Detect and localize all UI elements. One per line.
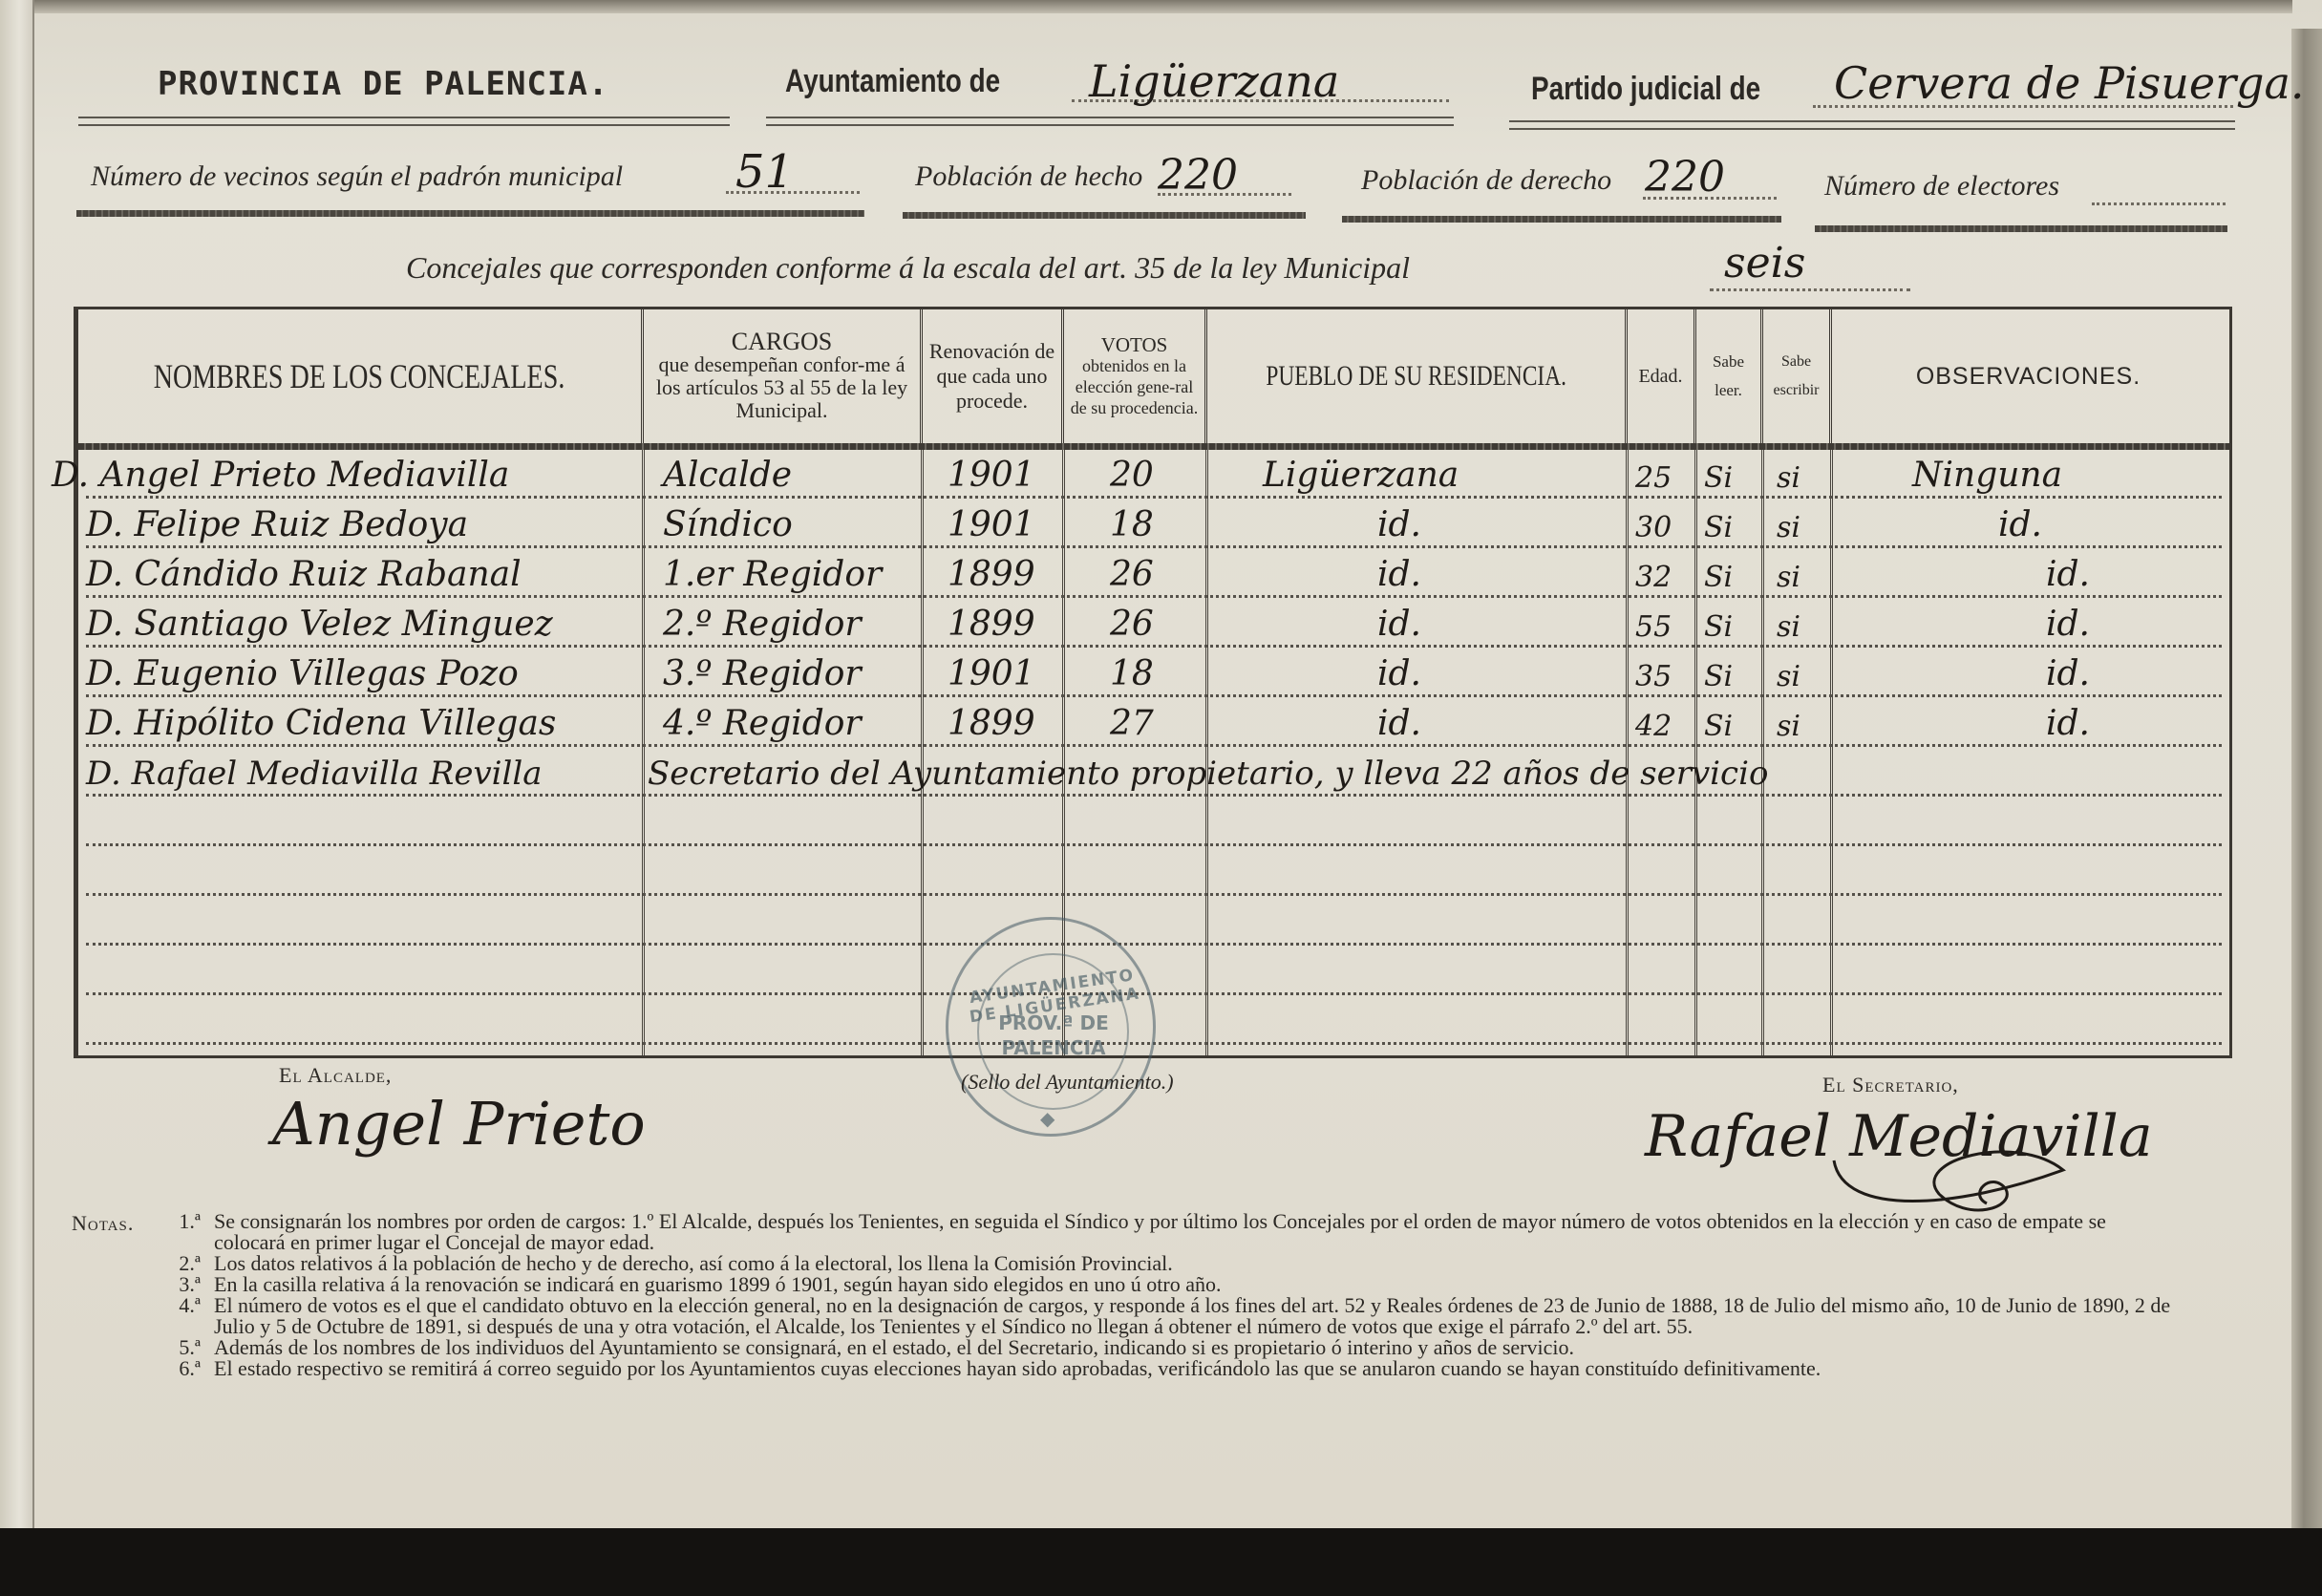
concejales-value: seis [1724,239,1805,287]
vecinos-value: 51 [735,145,794,199]
col-header-sabe-escribir: Sabe escribir [1763,309,1832,443]
electores-label: Número de electores [1824,170,2059,202]
provincia-title: PROVINCIA DE PALENCIA. [158,65,608,103]
table-row: D. Felipe Ruiz Bedoya Síndico 1901 18 id… [78,502,2229,552]
concejales-table: NOMBRES DE LOS CONCEJALES. CARGOS que de… [74,307,2232,1058]
col-header-sabe-leer: Sabe leer. [1696,309,1763,443]
book-spine [0,0,34,1528]
sello-label: (Sello del Ayuntamiento.) [961,1070,1174,1095]
note-item: 4.ª El número de votos es el que el cand… [162,1295,2249,1337]
table-row-secretario: D. Rafael Mediavilla Revilla Secretario … [78,751,2229,800]
notes-list: 1.ª Se consignarán los nombres por orden… [72,1211,2249,1379]
table-row-empty [78,949,2229,999]
derecho-label: Población de derecho [1361,164,1611,197]
table-row: D. Hipólito Cidena Villegas 4.º Regidor … [78,701,2229,751]
divider [766,117,1454,126]
table-row: D. Eugenio Villegas Pozo 3.º Regidor 190… [78,651,2229,701]
table-row-empty [78,800,2229,850]
divider [1342,216,1781,223]
table-row: D. Angel Prieto Mediavilla Alcalde 1901 … [78,453,2229,502]
book-right-edge [2291,29,2322,1557]
secretario-label: El Secretario, [1822,1073,1959,1097]
table-row-empty [78,900,2229,949]
diamond-ornament-icon: ◆ [1040,1107,1054,1130]
col-header-renovacion: Renovación de que cada uno procede. [923,309,1064,443]
col-header-observaciones: OBSERVACIONES. [1832,309,2225,443]
divider [76,210,864,217]
table-row: D. Santiago Velez Minguez 2.º Regidor 18… [78,602,2229,651]
note-item: 2.ª Los datos relativos á la población d… [162,1253,2249,1274]
col-header-votos: VOTOS obtenidos en la elección gene-ral … [1064,309,1207,443]
col-header-edad: Edad. [1628,309,1696,443]
alcalde-signature: Angel Prieto [272,1089,646,1159]
book-top-edge [29,0,2292,13]
ayuntamiento-value: Ligüerzana [1089,55,1339,107]
note-item: 5.ª Además de los nombres de los individ… [162,1337,2249,1358]
ayuntamiento-label: Ayuntamiento de [785,63,1000,100]
col-header-nombres: NOMBRES DE LOS CONCEJALES. [78,309,644,443]
divider [78,117,730,126]
note-item: 3.ª En la casilla relativa á la renovaci… [162,1274,2249,1295]
divider [1815,225,2227,232]
table-row-empty [78,850,2229,900]
alcalde-label: El Alcalde, [279,1063,392,1088]
municipal-seal-stamp: AYUNTAMIENTO DE LIGÜERZANA PROV.ª DE PAL… [946,917,1156,1137]
divider [903,212,1306,219]
electores-field-line [2092,201,2226,205]
hecho-label: Población de hecho [915,160,1142,193]
col-header-cargos: CARGOS que desempeñan confor-me á los ar… [644,309,923,443]
vecinos-label: Número de vecinos según el padrón munici… [91,160,623,193]
concejales-label: Concejales que corresponden conforme á l… [406,250,1410,286]
note-item: 1.ª Se consignarán los nombres por orden… [162,1211,2249,1253]
note-item: 6.ª El estado respectivo se remitirá á c… [162,1358,2249,1379]
document-page: PROVINCIA DE PALENCIA. Ayuntamiento de L… [0,0,2322,1596]
partido-label: Partido judicial de [1531,71,1760,108]
hecho-value: 220 [1158,151,1238,200]
header-rule [78,443,2229,450]
col-header-pueblo: PUEBLO DE SU RESIDENCIA. [1207,309,1628,443]
scan-shadow [0,1528,2322,1596]
divider [1509,120,2235,130]
partido-value: Cervera de Pisuerga. [1834,57,2305,109]
derecho-value: 220 [1645,153,1725,202]
table-row: D. Cándido Ruiz Rabanal 1.er Regidor 189… [78,552,2229,602]
